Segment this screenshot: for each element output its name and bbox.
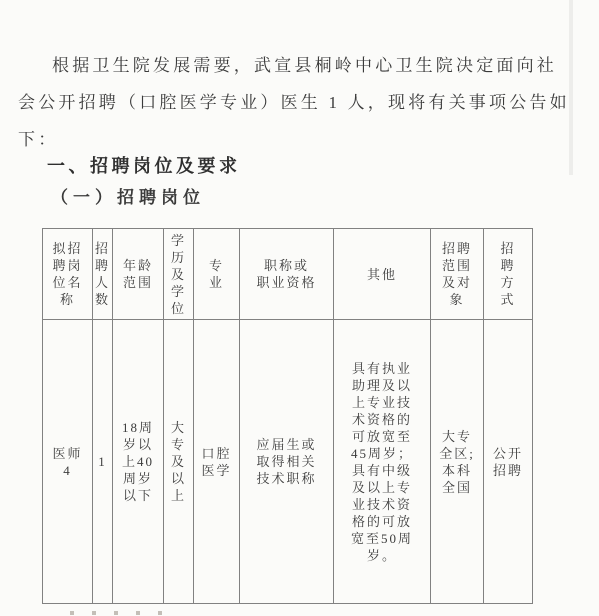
header-position-name: 拟招 聘岗 位名 称 [43,229,93,320]
cell-other: 具有执业 助理及以 上专业技 术资格的 可放宽至 45周岁； 具有中级 及以上专… [334,320,431,604]
cell-title-qualification: 应届生或 取得相关 技术职称 [240,320,334,604]
intro-paragraph: 根据卫生院发展需要，武宣县桐岭中心卫生院决定面向社 会公开招聘（口腔医学专业）医… [18,47,578,158]
cell-age-range: 18周 岁以 上40 周岁 以下 [113,320,164,604]
cell-scope-targets: 大专 全区; 本科 全国 [431,320,484,604]
cell-recruit-method: 公开 招聘 [484,320,533,604]
cell-headcount: 1 [93,320,113,604]
header-scope-targets: 招聘 范围 及对 象 [431,229,484,320]
header-age-range: 年龄 范围 [113,229,164,320]
header-recruit-method: 招 聘 方 式 [484,229,533,320]
header-major: 专 业 [194,229,240,320]
cut-off-text-remnant [70,611,180,615]
table-header-row: 拟招 聘岗 位名 称 招 聘 人 数 年龄 范围 学 历 及 学 位 专 业 职… [43,229,533,320]
table-data-row: 医师 4 1 18周 岁以 上40 周岁 以下 大 专 及 以 上 口腔 医学 … [43,320,533,604]
cell-position-name: 医师 4 [43,320,93,604]
subsection-heading: （一）招聘岗位 [51,188,205,208]
announcement-page: 根据卫生院发展需要，武宣县桐岭中心卫生院决定面向社 会公开招聘（口腔医学专业）医… [0,0,599,616]
header-education-degree: 学 历 及 学 位 [164,229,194,320]
recruitment-table: 拟招 聘岗 位名 称 招 聘 人 数 年龄 范围 学 历 及 学 位 专 业 职… [42,228,533,604]
header-headcount: 招 聘 人 数 [93,229,113,320]
section-heading: 一、招聘岗位及要求 [47,156,241,176]
cell-education-degree: 大 专 及 以 上 [164,320,194,604]
cell-major: 口腔 医学 [194,320,240,604]
header-title-qualification: 职称或 职业资格 [240,229,334,320]
header-other: 其他 [334,229,431,320]
